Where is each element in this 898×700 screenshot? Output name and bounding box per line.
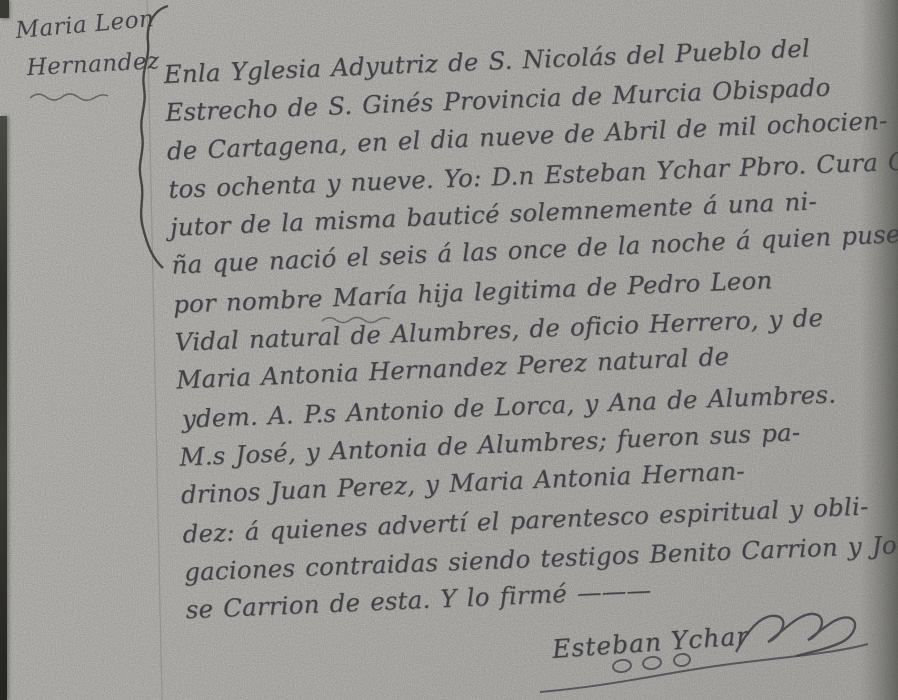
- signature-block: Esteban Ychar: [551, 621, 750, 664]
- record-text-block: Enla Yglesia Adyutriz de S. Nicolás del …: [163, 26, 898, 630]
- margin-note-underline: [30, 94, 108, 100]
- margin-note-line: Maria Leon: [14, 6, 156, 44]
- scan-edge-left: [0, 116, 7, 700]
- margin-rule-line: [147, 0, 162, 700]
- signature-name: Esteban Ychar: [551, 621, 750, 664]
- scan-corner-mark: [0, 0, 9, 18]
- margin-note: Maria Leon Hernandez: [15, 10, 157, 81]
- margin-note-line: Hernandez: [26, 48, 157, 81]
- scanned-baptism-record-page: Maria Leon Hernandez Enla Yglesia Adyutr…: [0, 0, 898, 700]
